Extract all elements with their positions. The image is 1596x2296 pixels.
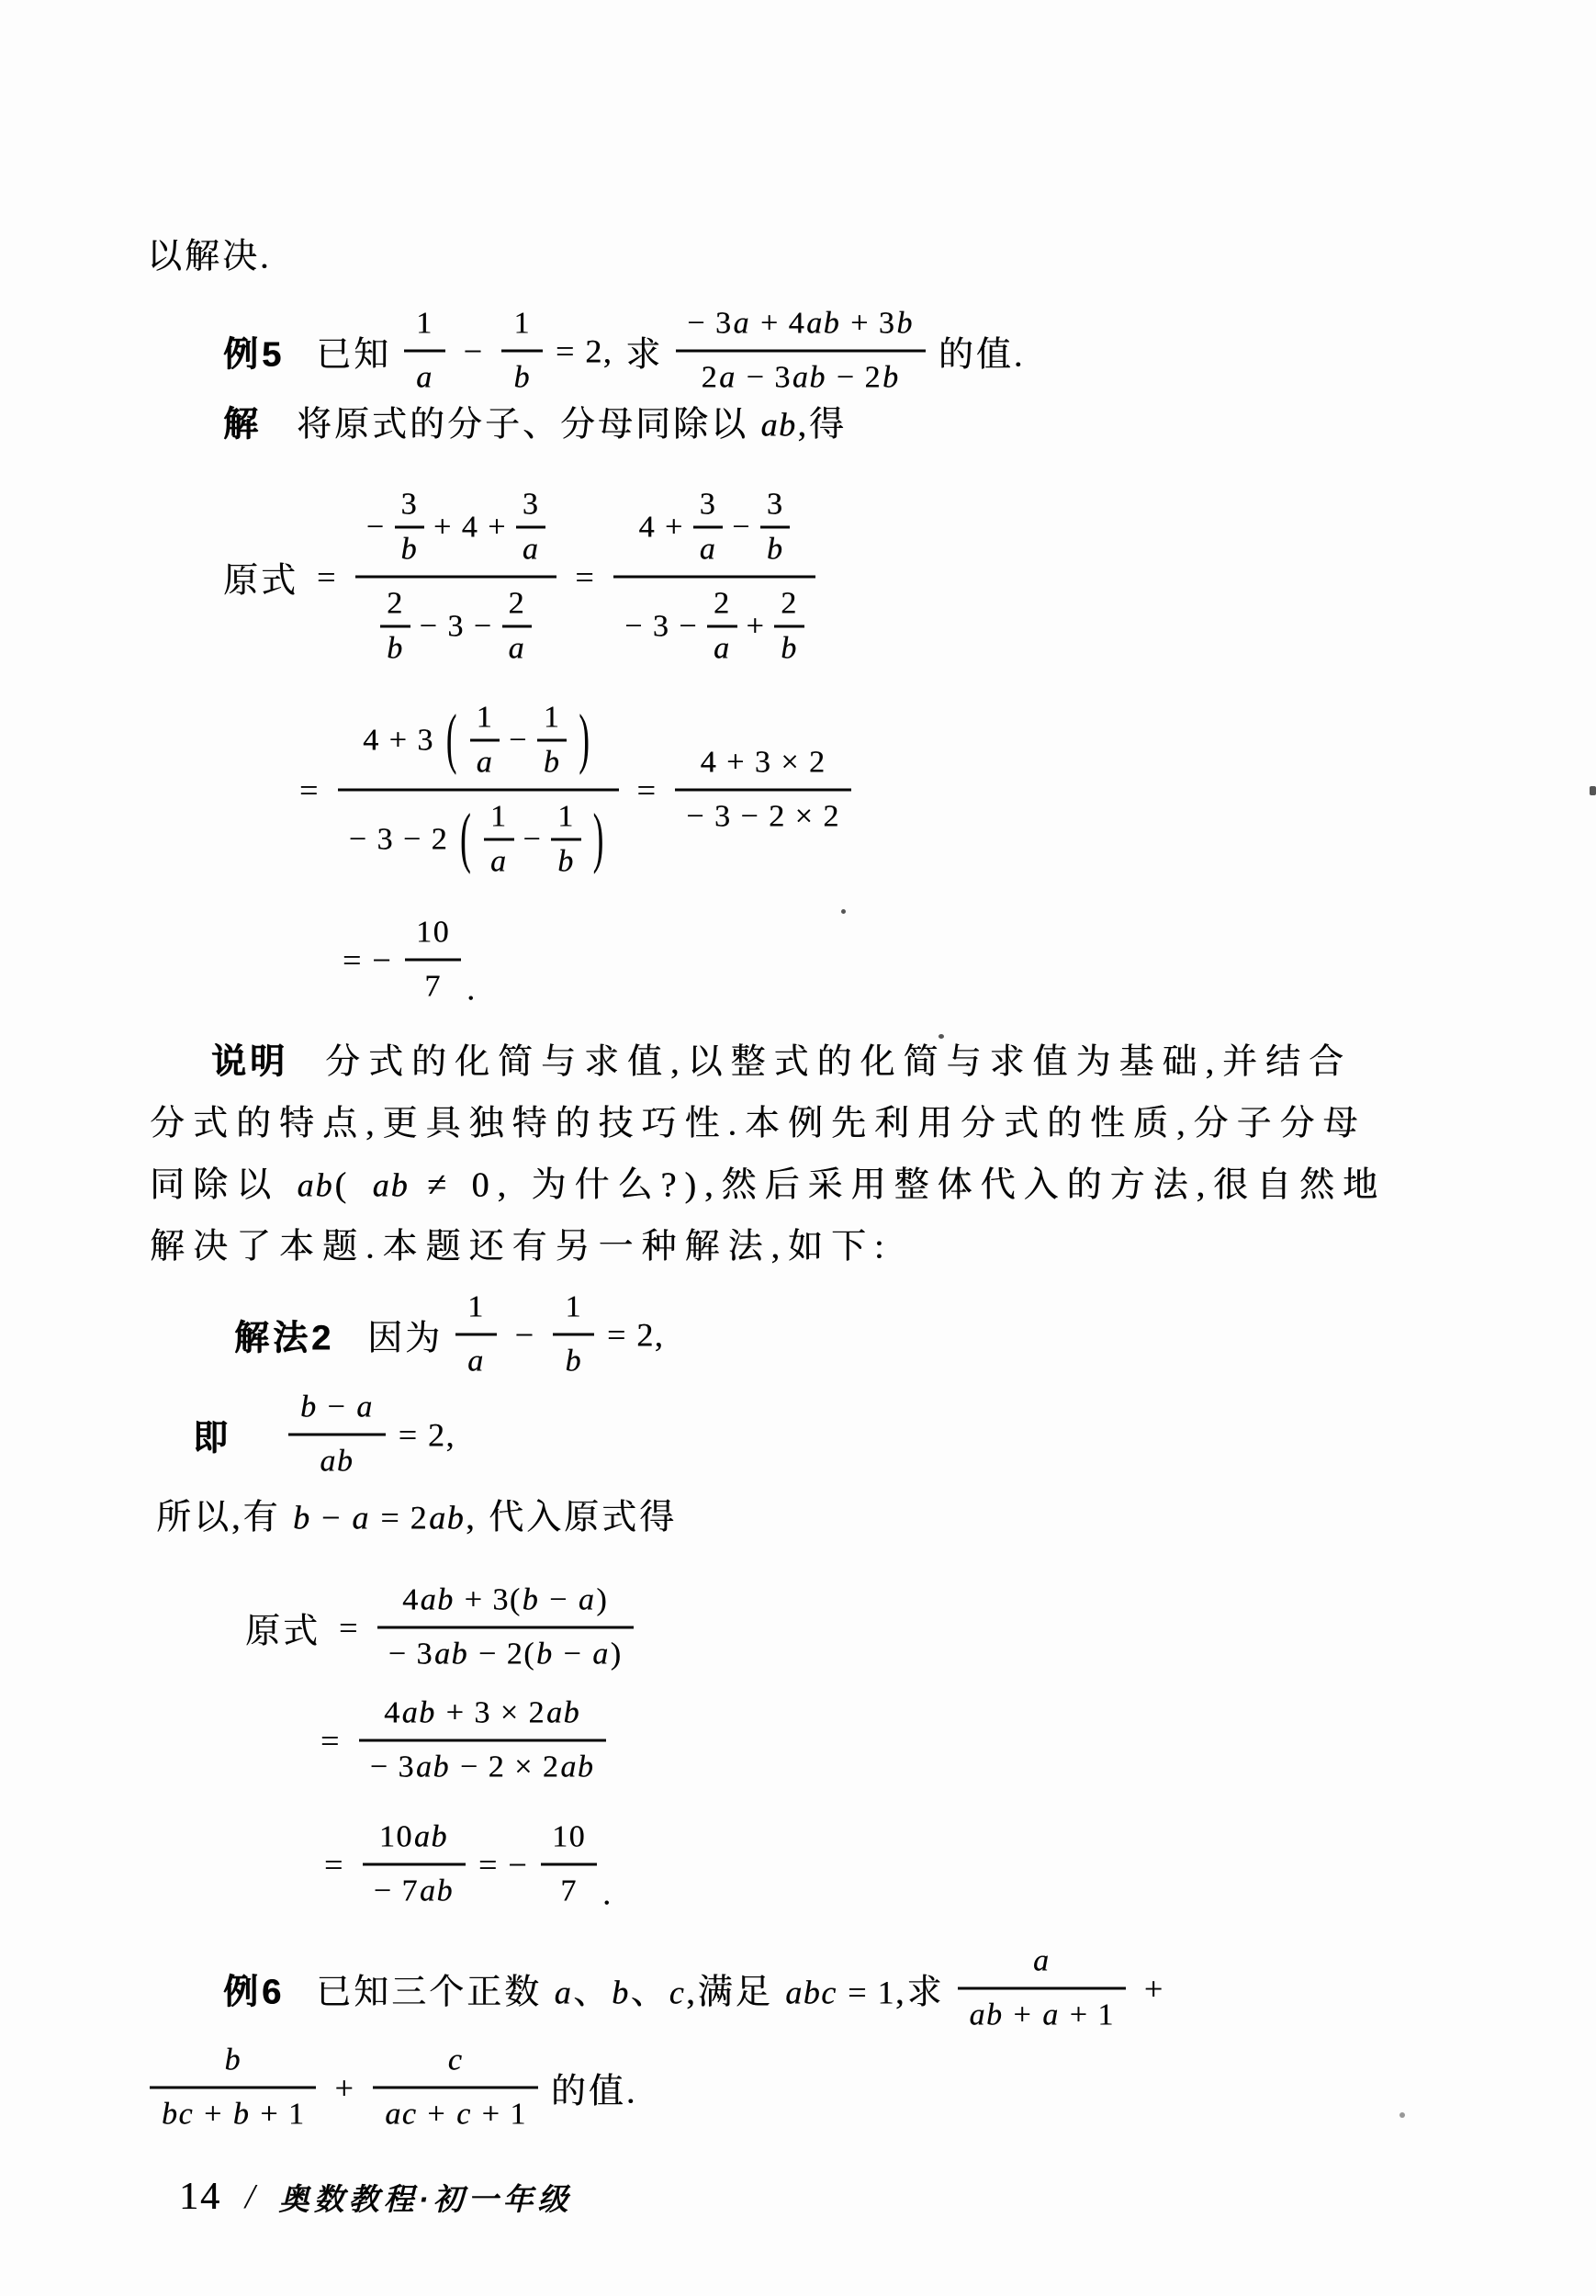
equals-sign: = <box>637 771 658 809</box>
minus-sign: − <box>509 723 528 758</box>
example5-heading: 例5 已知 1 a − 1 b = 2, 求 − 3a + 4ab + 3b 2… <box>223 303 1025 400</box>
denominator-row: − 3 − 2 ( 1 a − 1 b ) <box>338 792 619 884</box>
note-line-2: 分式的特点,更具独特的技巧性.本例先利用分式的性质,分子分母 <box>150 1095 1366 1145</box>
therefore-line: 所以,有 b − a = 2ab, 代入原式得 <box>156 1489 677 1539</box>
numerator: b <box>223 2043 242 2078</box>
example6-label: 例6 <box>223 1964 285 2014</box>
page-number: 14 <box>179 2175 221 2219</box>
equals-minus: = − <box>343 940 392 979</box>
equals-minus: = − <box>478 1845 528 1884</box>
equation-step-4: 原式 = 4ab + 3(b − a) − 3ab − 2(b − a) <box>245 1580 634 1676</box>
minus-three-minus: − 3 − <box>624 609 698 644</box>
denominator: ac + c + 1 <box>384 2098 527 2133</box>
equation-step-5: = 4ab + 3 × 2ab − 3ab − 2 × 2ab <box>315 1693 606 1789</box>
equals-two: = 2, <box>607 1315 664 1354</box>
equals-two: = 2, <box>399 1415 455 1454</box>
fraction-1-over-b: 1 b <box>501 303 543 400</box>
lhs-original-expression: 原式 <box>223 552 298 602</box>
numerator: 3 <box>523 488 540 523</box>
numerator: 4ab + 3(b − a) <box>402 1583 608 1618</box>
numerator: 3 <box>700 488 717 523</box>
plus-sign: + <box>334 2068 354 2107</box>
scan-speck <box>938 1034 944 1039</box>
minus-sign: − <box>366 510 386 545</box>
numerator: 10ab <box>379 1820 449 1855</box>
numerator: 1 <box>416 307 433 342</box>
denominator: a <box>713 632 732 667</box>
numerator: 2 <box>509 587 526 622</box>
numerator: 1 <box>513 307 531 342</box>
fraction-b-minus-a-over-ab: b − a ab <box>288 1387 386 1483</box>
denominator: b <box>400 533 420 568</box>
compound-fraction-right: 4 + 3 a − 3 b − 3 − 2 a + 2 b <box>613 484 815 670</box>
four-plus: 4 + <box>639 510 684 545</box>
minus-sign: − <box>523 822 543 857</box>
numerator: c <box>447 2043 465 2078</box>
minus-sign: − <box>732 510 751 545</box>
denominator: 7 <box>424 970 442 1005</box>
equals-sign: = <box>317 557 337 596</box>
target-fraction: − 3a + 4ab + 3b 2a − 3ab − 2b <box>676 303 926 400</box>
result-fraction: 10 7 <box>541 1817 597 1913</box>
inner-fraction: 3 a <box>516 488 546 568</box>
intro-line: 以解决. <box>147 228 272 278</box>
note-line-3: 同除以 ab( ab ≠ 0, 为什么?),然后采用整体代入的方法,很自然地 <box>150 1156 1386 1207</box>
numerator: 4 + 3 × 2 <box>701 746 826 781</box>
note-text-1: 分式的化简与求值,以整式的化简与求值为基础,并结合 <box>325 1033 1352 1084</box>
plus-sign: + <box>1144 1969 1164 2008</box>
example6-text: 已知三个正数 a、b、c,满足 abc = 1,求 <box>316 1964 944 2014</box>
inner-fraction: 3 a <box>693 488 724 568</box>
denominator: ab <box>319 1445 354 1480</box>
inner-fraction: 1 b <box>537 701 568 781</box>
find-text: 求 <box>625 326 663 377</box>
result-fraction: 10 7 <box>405 912 461 1008</box>
denominator: a <box>415 361 434 396</box>
numerator: 2 <box>714 587 731 622</box>
denominator: − 3ab − 2(b − a) <box>388 1638 623 1672</box>
that-is-line: 即 b − a ab = 2, <box>193 1387 455 1483</box>
scan-speck <box>841 909 846 914</box>
note-text-4: 解决了本题.本题还有另一种解法,如下: <box>150 1218 893 1268</box>
numerator: 10 <box>552 1820 586 1855</box>
inner-fraction: 2 a <box>502 587 533 667</box>
minus-three-minus: − 3 − <box>420 609 493 644</box>
denominator: b <box>556 845 576 880</box>
denominator: b <box>543 746 562 781</box>
open-paren: ( <box>460 802 472 877</box>
therefore-text: 所以,有 b − a = 2ab, 代入原式得 <box>156 1489 677 1539</box>
compound-fraction-left: − 3 b + 4 + 3 a 2 b − 3 − 2 a <box>355 484 557 670</box>
denominator: 7 <box>560 1874 578 1909</box>
equals-two: = 2, <box>556 332 613 370</box>
minus-sign: − <box>515 1315 535 1354</box>
note-line-4: 解决了本题.本题还有另一种解法,如下: <box>150 1218 893 1268</box>
solution-text: 将原式的分子、分母同除以 ab,得 <box>297 396 847 446</box>
numerator: 1 <box>467 1290 485 1325</box>
page-footer: 14 / 奥数教程·初一年级 <box>179 2175 573 2219</box>
numerator-row: − 3 b + 4 + 3 a <box>355 484 557 579</box>
numerator: a <box>1032 1944 1051 1979</box>
period: . <box>602 1874 613 1913</box>
inner-fraction: 2 a <box>707 587 737 667</box>
numerator-row: 4 + 3 a − 3 b <box>613 484 815 579</box>
denominator: a <box>466 1345 486 1379</box>
numerator: 1 <box>557 800 575 835</box>
method2-label: 解法2 <box>234 1310 334 1360</box>
denominator: b <box>386 632 405 667</box>
denominator: b <box>512 361 532 396</box>
open-paren: ( <box>446 703 458 778</box>
numerator: 1 <box>477 701 494 736</box>
fraction: 4ab + 3 × 2ab − 3ab − 2 × 2ab <box>359 1693 607 1789</box>
inner-fraction: 3 b <box>760 488 791 568</box>
note-text-2: 分式的特点,更具独特的技巧性.本例先利用分式的性质,分子分母 <box>150 1095 1366 1145</box>
example6-heading-line-2: b bc + b + 1 + c ac + c + 1 的值. <box>150 2040 637 2136</box>
fraction-a: a ab + a + 1 <box>958 1941 1126 2037</box>
minus-three-minus-two: − 3 − 2 <box>349 822 448 857</box>
fraction: 4ab + 3(b − a) − 3ab − 2(b − a) <box>377 1580 634 1676</box>
denominator: b <box>766 533 785 568</box>
fraction-b: b bc + b + 1 <box>150 2040 316 2136</box>
scanned-book-page: { "intro": { "text": "以解决." }, "ex5": { … <box>0 0 1596 2296</box>
compound-fraction-left: 4 + 3 ( 1 a − 1 b ) − 3 − 2 ( 1 a − 1 b <box>338 697 619 884</box>
simple-fraction-right: 4 + 3 × 2 − 3 − 2 × 2 <box>675 742 851 838</box>
denominator: − 3 − 2 × 2 <box>686 800 840 835</box>
plus-sign: + <box>747 609 766 644</box>
denominator: 2a − 3ab − 2b <box>702 361 901 396</box>
scan-speck <box>1590 786 1596 795</box>
numerator: 1 <box>565 1290 582 1325</box>
denominator: − 3ab − 2 × 2ab <box>370 1750 596 1785</box>
inner-fraction: 3 b <box>395 488 425 568</box>
numerator: 2 <box>387 587 404 622</box>
equals-sign: = <box>320 1721 341 1760</box>
equals-sign: = <box>339 1608 359 1647</box>
footer-separator: / <box>245 2177 255 2217</box>
solution-heading: 解 将原式的分子、分母同除以 ab,得 <box>223 396 847 446</box>
given-text: 已知 <box>316 326 391 377</box>
denominator-row: 2 b − 3 − 2 a <box>355 579 557 670</box>
equation-step-3-result: = − 10 7 . <box>343 912 477 1008</box>
four-plus-three: 4 + 3 <box>363 723 434 758</box>
intro-text: 以解决. <box>147 228 272 278</box>
fraction-1-over-a: 1 a <box>455 1287 497 1383</box>
denominator: a <box>508 632 527 667</box>
numerator: 3 <box>767 488 784 523</box>
period: . <box>466 970 477 1008</box>
fraction-1-over-a: 1 a <box>404 303 445 400</box>
inner-fraction: 1 a <box>470 701 500 781</box>
inner-fraction: 1 a <box>484 800 514 880</box>
equation-step-2: = 4 + 3 ( 1 a − 1 b ) − 3 − 2 ( 1 a − <box>294 697 851 884</box>
denominator-row: − 3 − 2 a + 2 b <box>613 579 815 670</box>
denominator: a <box>699 533 718 568</box>
numerator: 1 <box>490 800 508 835</box>
denominator: b <box>564 1345 583 1379</box>
note-line-1: 说明 分式的化简与求值,以整式的化简与求值为基础,并结合 <box>211 1033 1352 1084</box>
scan-speck <box>1399 2112 1405 2118</box>
denominator: bc + b + 1 <box>161 2098 305 2133</box>
fraction-10ab-over-minus-7ab: 10ab − 7ab <box>363 1817 466 1913</box>
numerator: 1 <box>544 701 561 736</box>
method2-heading: 解法2 因为 1 a − 1 b = 2, <box>234 1287 664 1383</box>
equals-sign: = <box>299 771 320 809</box>
denominator: a <box>522 533 541 568</box>
numerator: − 3a + 4ab + 3b <box>687 307 915 342</box>
numerator: 3 <box>401 488 419 523</box>
equals-sign: = <box>324 1845 344 1884</box>
fraction-1-over-b: 1 b <box>553 1287 594 1383</box>
because-text: 因为 <box>367 1310 443 1360</box>
inner-fraction: 1 b <box>551 800 581 880</box>
denominator: ab + a + 1 <box>969 1998 1115 2033</box>
minus-sign: − <box>464 332 484 370</box>
equals-sign: = <box>575 557 595 596</box>
inner-fraction: 2 b <box>380 587 410 667</box>
plus-four-plus: + 4 + <box>433 510 507 545</box>
equation-step-1: 原式 = − 3 b + 4 + 3 a 2 b − 3 − 2 a <box>223 484 815 670</box>
close-paren: ) <box>579 703 590 778</box>
numerator: b − a <box>299 1390 375 1425</box>
note-label: 说明 <box>211 1033 288 1084</box>
solution-label: 解 <box>223 396 262 446</box>
denominator: b <box>780 632 799 667</box>
numerator: 10 <box>416 916 450 951</box>
example5-label: 例5 <box>223 326 285 377</box>
equation-step-6-result: = 10ab − 7ab = − 10 7 . <box>319 1817 613 1913</box>
fraction-c: c ac + c + 1 <box>373 2040 538 2136</box>
lhs-original-expression: 原式 <box>245 1603 320 1653</box>
example6-heading-line-1: 例6 已知三个正数 a、b、c,满足 abc = 1,求 a ab + a + … <box>223 1941 1170 2037</box>
denominator: a <box>489 845 509 880</box>
value-suffix: 的值. <box>551 2063 638 2113</box>
value-suffix: 的值. <box>938 326 1026 377</box>
numerator-row: 4 + 3 ( 1 a − 1 b ) <box>338 697 619 792</box>
note-text-3: 同除以 ab( ab ≠ 0, 为什么?),然后采用整体代入的方法,很自然地 <box>150 1156 1386 1207</box>
numerator: 2 <box>781 587 798 622</box>
book-title: 奥数教程·初一年级 <box>279 2176 573 2219</box>
inner-fraction: 2 b <box>774 587 804 667</box>
that-is-label: 即 <box>193 1410 231 1460</box>
close-paren: ) <box>593 802 605 877</box>
denominator: − 7ab <box>374 1874 455 1909</box>
denominator: a <box>476 746 495 781</box>
numerator: 4ab + 3 × 2ab <box>384 1696 581 1731</box>
